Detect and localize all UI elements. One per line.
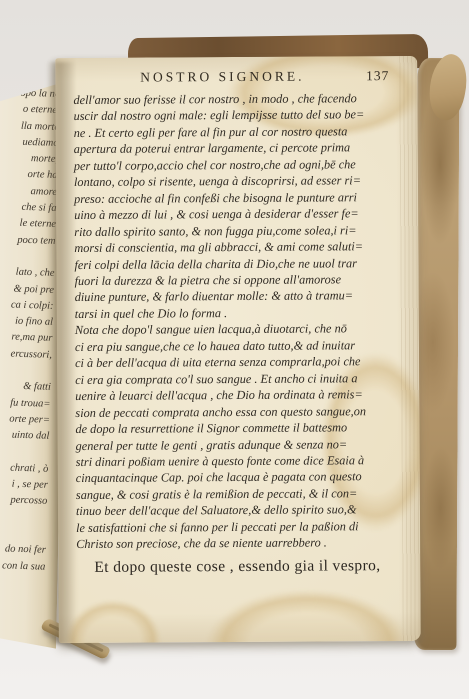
text-fragment: che si fa (0, 199, 57, 217)
text-line: ne . Et certo egli per fare al fin pur a… (74, 123, 400, 141)
text-line: morsi di conscientia, ma gli abbracci, &… (74, 238, 400, 256)
text-line: per tutto'l corpo,accio chel cor nostro,… (74, 156, 400, 174)
water-stain (196, 584, 417, 643)
text-fragment: morte, (0, 150, 58, 168)
page-content: NOSTRO SIGNORE. 137 dell'amor suo feriss… (55, 56, 420, 577)
text-fragment: uinto dal (0, 427, 50, 445)
text-fragment (0, 248, 55, 266)
text-fragment: amore (0, 183, 57, 201)
text-fragment: percosso (0, 492, 48, 510)
text-line: preso: accioche al fin confeßi che bisog… (74, 189, 400, 207)
text-line: Nota che dopo'l sangue uien lacqua,à diu… (75, 320, 401, 338)
text-fragment: re,ma pur (0, 329, 53, 347)
page-number: 137 (366, 68, 389, 84)
text-line: uenire à leuarci dell'acqua , che Dio ha… (75, 386, 401, 404)
text-line: de dopo la resurrettione il Signor comme… (75, 419, 401, 437)
text-line: tinuo beer dell'acque del Saluatore,& de… (76, 501, 402, 519)
book-page: NOSTRO SIGNORE. 137 dell'amor suo feriss… (55, 56, 421, 643)
text-fragment: & poi pre (0, 281, 54, 299)
vellum-cover-edge (414, 58, 459, 650)
text-fragment: i , se per (0, 476, 48, 494)
text-line: dell'amor suo ferisse il cor nostro , in… (73, 90, 399, 108)
text-fragment: o eterne, (0, 101, 60, 119)
paragraph-1: dell'amor suo ferisse il cor nostro , in… (73, 90, 400, 322)
closing-line: Et dopo queste cose , essendo gia il ves… (76, 557, 402, 577)
text-fragment: le eterne (0, 215, 56, 233)
text-fragment: lato , che (0, 264, 55, 282)
text-line: rito dallo spirito santo, & non fugga pi… (74, 222, 400, 240)
text-line: ci era piu sangue,che ce lo hauea dato t… (75, 337, 401, 355)
text-line: le satisfattioni che si fanno per li pec… (76, 518, 402, 536)
text-fragment: con la sua (0, 557, 46, 575)
text-line: diuine punture, & farlo diuentar molle: … (75, 287, 401, 305)
text-line: stri dinari poßiam uenire à questo fonte… (76, 452, 402, 470)
text-fragment: fu troua= (0, 395, 51, 413)
text-line: tarsi in quel che Dio lo forma . (75, 304, 401, 322)
text-fragment (0, 362, 52, 380)
text-line: apertura da poterui entrar largamente, c… (74, 139, 400, 157)
text-fragment: chrati , ò (0, 460, 49, 478)
text-fragment: orte ha (0, 167, 58, 185)
text-line: fuori la durezza & la pietra che si oppo… (75, 271, 401, 289)
running-title: NOSTRO SIGNORE. (140, 69, 304, 85)
text-fragment: poco tem (0, 232, 56, 250)
text-line: ci à ber dell'acqua di uita eterna senza… (75, 353, 401, 371)
text-fragment: io fino al (0, 313, 53, 331)
text-fragment (0, 443, 49, 461)
text-fragment: uediamo (0, 134, 59, 152)
text-fragment (0, 525, 47, 543)
text-fragment: & fatti (0, 378, 51, 396)
text-line: uscir dal nostro ogni male: egli lempijs… (74, 106, 400, 124)
text-fragment: ca i colpi: (0, 297, 54, 315)
text-line: lontano, colpo si risente, uenga à disco… (74, 172, 400, 190)
text-line: Christo son preciose, che da se niente u… (76, 534, 402, 552)
text-fragment: lla morte (0, 118, 59, 136)
photo-background: opo la nō o eterne, lla morte uediamo mo… (0, 0, 469, 699)
text-fragment: do noi fer (0, 541, 46, 559)
water-stain (61, 595, 167, 643)
text-line: general per tutte le genti , gratis adun… (76, 436, 402, 454)
text-line: ci era gia comprata co'l suo sangue . Et… (75, 370, 401, 388)
text-line: sion de peccati comprata ancho essa con … (75, 403, 401, 421)
text-fragment: orte per= (0, 411, 50, 429)
text-line: cinquantacinque Cap. poi che lacqua è pa… (76, 468, 402, 486)
text-fragment (0, 509, 47, 527)
text-line: sangue, & cosi gratis è la remißion de p… (76, 485, 402, 503)
text-line: feri colpi della lācia della charita di … (74, 255, 400, 273)
facing-page-text-fragments: opo la nō o eterne, lla morte uediamo mo… (0, 85, 60, 576)
text-fragment: ercussori, (0, 346, 52, 364)
text-fragment: opo la nō (0, 85, 60, 103)
text-line: uino à mezzo di lui , & cosi uenga à des… (74, 205, 400, 223)
paragraph-2: Nota che dopo'l sangue uien lacqua,à diu… (75, 320, 402, 552)
running-head: NOSTRO SIGNORE. 137 (73, 68, 399, 87)
